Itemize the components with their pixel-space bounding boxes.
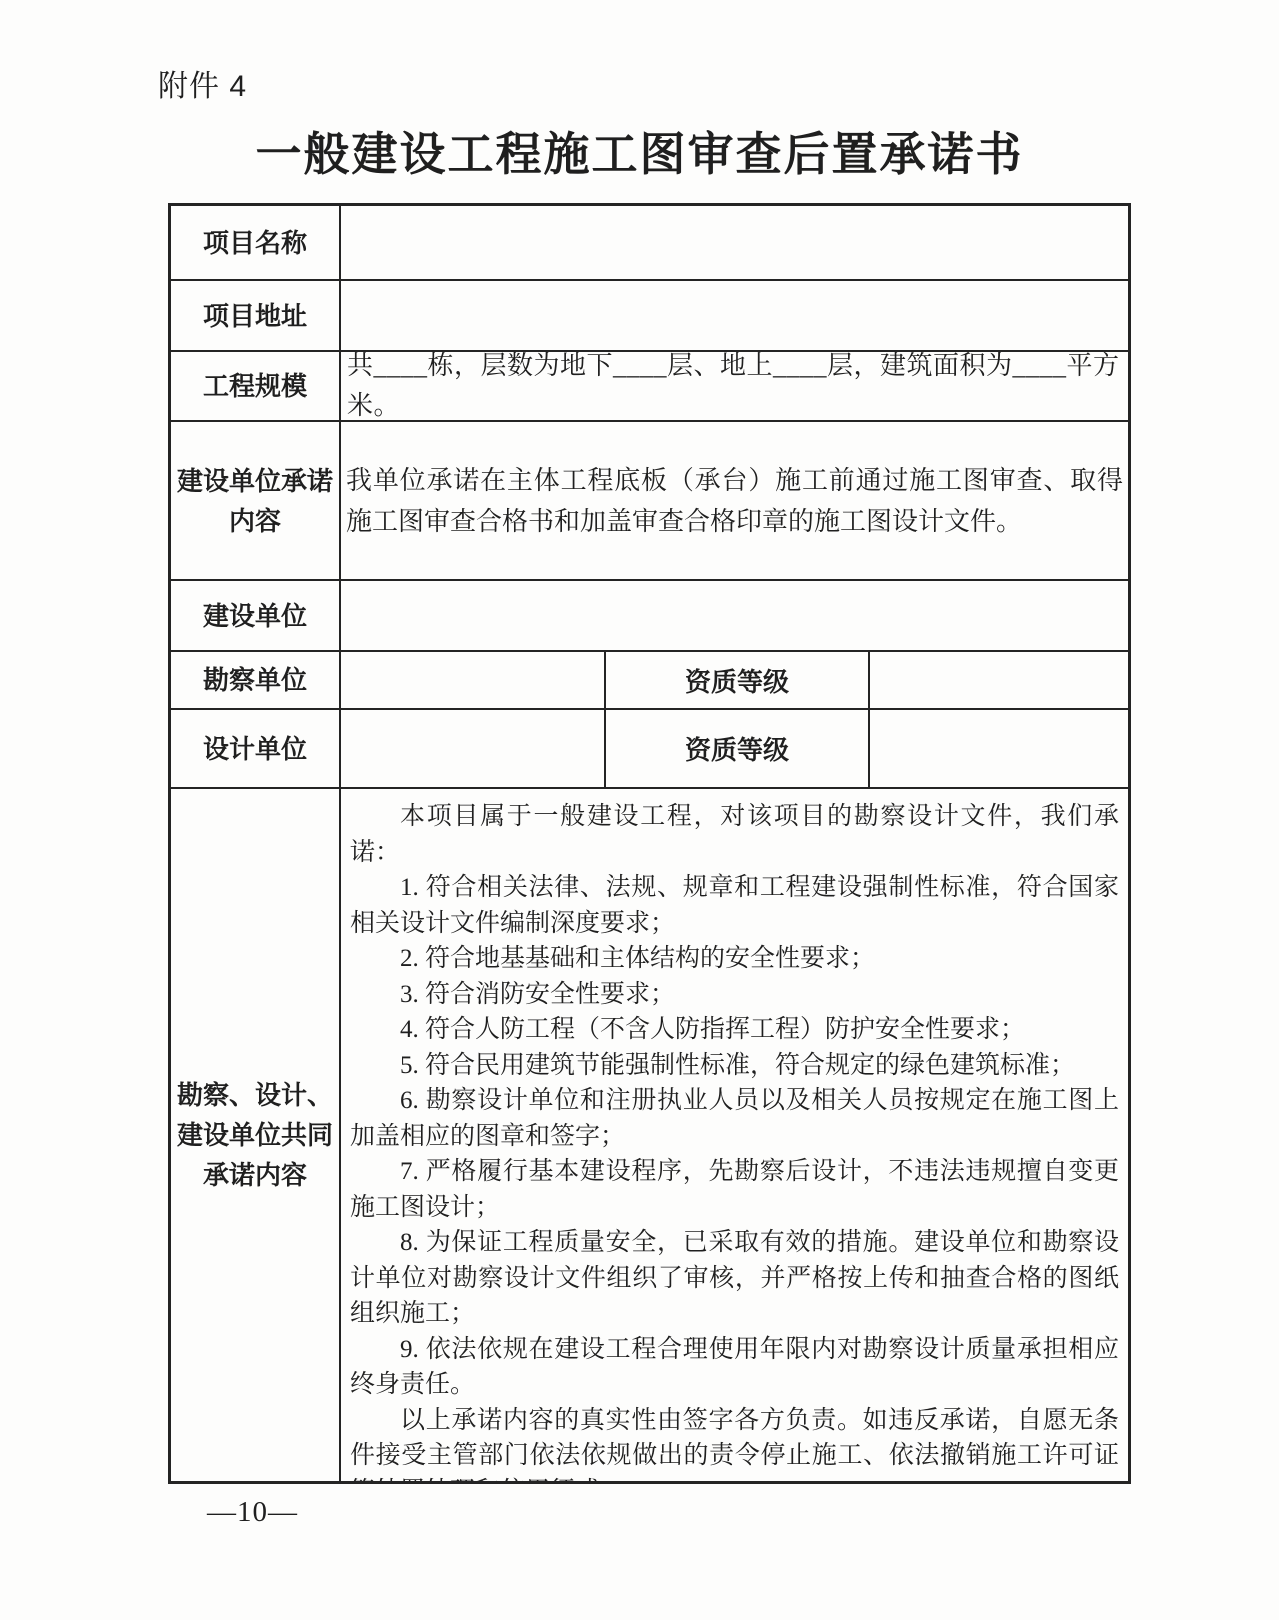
- project-name-field: [341, 206, 1128, 279]
- table-row-survey-unit: 勘察单位 资质等级: [171, 652, 1128, 710]
- joint-commitment-item-4: 4. 符合人防工程（不含人防指挥工程）防护安全性要求；: [350, 1012, 1119, 1048]
- project-name-label: 项目名称: [171, 206, 341, 279]
- commitment-form-table: 项目名称 项目地址 工程规模 共____栋，层数为地下____层、地上____层…: [168, 203, 1131, 1484]
- page-title: 一般建设工程施工图审查后置承诺书: [0, 124, 1279, 184]
- design-grade-label: 资质等级: [606, 710, 870, 787]
- joint-commitment-intro: 本项目属于一般建设工程，对该项目的勘察设计文件，我们承诺：: [350, 799, 1119, 870]
- project-scale-label: 工程规模: [171, 352, 341, 420]
- owner-commitment-label: 建设单位承诺内容: [171, 422, 341, 579]
- table-row-owner-unit: 建设单位: [171, 581, 1128, 652]
- project-address-label: 项目地址: [171, 281, 341, 350]
- scanned-document-page: 附件 4 一般建设工程施工图审查后置承诺书 项目名称 项目地址 工程规模 共__…: [0, 0, 1279, 1620]
- survey-unit-label: 勘察单位: [171, 652, 341, 708]
- joint-commitment-label: 勘察、设计、建设单位共同承诺内容: [171, 789, 341, 1481]
- owner-unit-field: [341, 581, 1128, 650]
- joint-commitment-closing: 以上承诺内容的真实性由签字各方负责。如违反承诺，自愿无条件接受主管部门依法依规做…: [350, 1403, 1119, 1482]
- joint-commitment-item-6: 6. 勘察设计单位和注册执业人员以及相关人员按规定在施工图上加盖相应的图章和签字…: [350, 1083, 1119, 1154]
- joint-commitment-item-8: 8. 为保证工程质量安全，已采取有效的措施。建设单位和勘察设计单位对勘察设计文件…: [350, 1225, 1119, 1332]
- table-row-project-scale: 工程规模 共____栋，层数为地下____层、地上____层，建筑面积为____…: [171, 352, 1128, 422]
- design-grade-field: [870, 710, 1128, 787]
- table-row-owner-commitment: 建设单位承诺内容 我单位承诺在主体工程底板（承台）施工前通过施工图审查、取得施工…: [171, 422, 1128, 581]
- table-row-project-address: 项目地址: [171, 281, 1128, 352]
- attachment-label: 附件 4: [158, 66, 247, 108]
- project-scale-value: 共____栋，层数为地下____层、地上____层，建筑面积为____平方米。: [341, 352, 1128, 420]
- design-unit-label: 设计单位: [171, 710, 341, 787]
- joint-commitment-item-7: 7. 严格履行基本建设程序，先勘察后设计，不违法违规擅自变更施工图设计；: [350, 1154, 1119, 1225]
- survey-unit-field: [341, 652, 606, 708]
- table-row-project-name: 项目名称: [171, 206, 1128, 281]
- project-address-field: [341, 281, 1128, 350]
- joint-commitment-item-5: 5. 符合民用建筑节能强制性标准，符合规定的绿色建筑标准；: [350, 1048, 1119, 1084]
- joint-commitment-text: 本项目属于一般建设工程，对该项目的勘察设计文件，我们承诺： 1. 符合相关法律、…: [341, 789, 1128, 1481]
- joint-commitment-item-1: 1. 符合相关法律、法规、规章和工程建设强制性标准，符合国家相关设计文件编制深度…: [350, 870, 1119, 941]
- joint-commitment-item-2: 2. 符合地基基础和主体结构的安全性要求；: [350, 941, 1119, 977]
- page-number: —10—: [207, 1496, 298, 1529]
- joint-commitment-item-3: 3. 符合消防安全性要求；: [350, 977, 1119, 1013]
- joint-commitment-item-9: 9. 依法依规在建设工程合理使用年限内对勘察设计质量承担相应终身责任。: [350, 1332, 1119, 1403]
- design-unit-field: [341, 710, 606, 787]
- owner-unit-label: 建设单位: [171, 581, 341, 650]
- survey-grade-field: [870, 652, 1128, 708]
- survey-grade-label: 资质等级: [606, 652, 870, 708]
- owner-commitment-text: 我单位承诺在主体工程底板（承台）施工前通过施工图审查、取得施工图审查合格书和加盖…: [341, 422, 1128, 579]
- table-row-joint-commitment: 勘察、设计、建设单位共同承诺内容 本项目属于一般建设工程，对该项目的勘察设计文件…: [171, 789, 1128, 1481]
- table-row-design-unit: 设计单位 资质等级: [171, 710, 1128, 789]
